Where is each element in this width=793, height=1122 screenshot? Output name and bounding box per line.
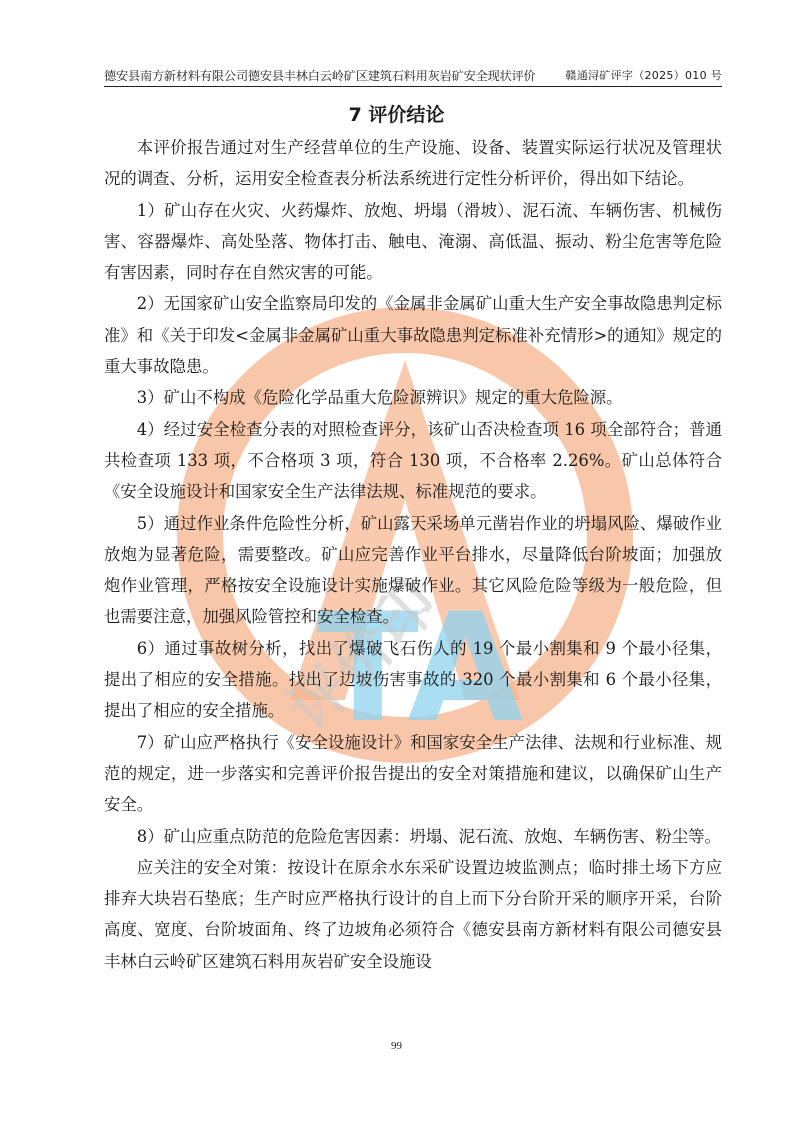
paragraph-conclusion-5: 5）通过作业条件危险性分析，矿山露天采场单元凿岩作业的坍塌风险、爆破作业放炮为显…	[104, 508, 722, 633]
section-title: 7 评价结论	[0, 100, 793, 127]
paragraph-conclusion-2: 2）无国家矿山安全监察局印发的《金属非金属矿山重大生产安全事故隐患判定标准》和《…	[104, 288, 722, 382]
paragraph-intro: 本评价报告通过对生产经营单位的生产设施、设备、装置实际运行状况及管理状况的调查、…	[104, 132, 722, 195]
paragraph-conclusion-7: 7）矿山应严格执行《安全设施设计》和国家安全生产法律、法规和行业标准、规范的规定…	[104, 727, 722, 821]
header-report-title: 德安县南方新材料有限公司德安县丰林白云岭矿区建筑石料用灰岩矿安全现状评价	[104, 67, 536, 84]
page-number: 99	[0, 1040, 793, 1052]
header-document-number: 赣通浔矿评字（2025）010 号	[565, 67, 722, 83]
paragraph-conclusion-1: 1）矿山存在火灾、火药爆炸、放炮、坍塌（滑坡）、泥石流、车辆伤害、机械伤害、容器…	[104, 195, 722, 289]
paragraph-conclusion-8: 8）矿山应重点防范的危险危害因素：坍塌、泥石流、放炮、车辆伤害、粉尘等。	[104, 821, 722, 852]
conclusion-body: 本评价报告通过对生产经营单位的生产设施、设备、装置实际运行状况及管理状况的调查、…	[104, 132, 722, 977]
paragraph-conclusion-4: 4）经过安全检查分表的对照检查评分，该矿山否决检查项 16 项全部符合；普通共检…	[104, 414, 722, 508]
paragraph-conclusion-3: 3）矿山不构成《危险化学品重大危险源辨识》规定的重大危险源。	[104, 382, 722, 413]
running-header: 德安县南方新材料有限公司德安县丰林白云岭矿区建筑石料用灰岩矿安全现状评价 赣通浔…	[104, 64, 722, 87]
paragraph-conclusion-6: 6）通过事故树分析，找出了爆破飞石伤人的 19 个最小割集和 9 个最小径集，提…	[104, 633, 722, 727]
paragraph-safety-measures: 应关注的安全对策：按设计在原余水东采矿设置边坡监测点；临时排土场下方应排弃大块岩…	[104, 852, 722, 977]
